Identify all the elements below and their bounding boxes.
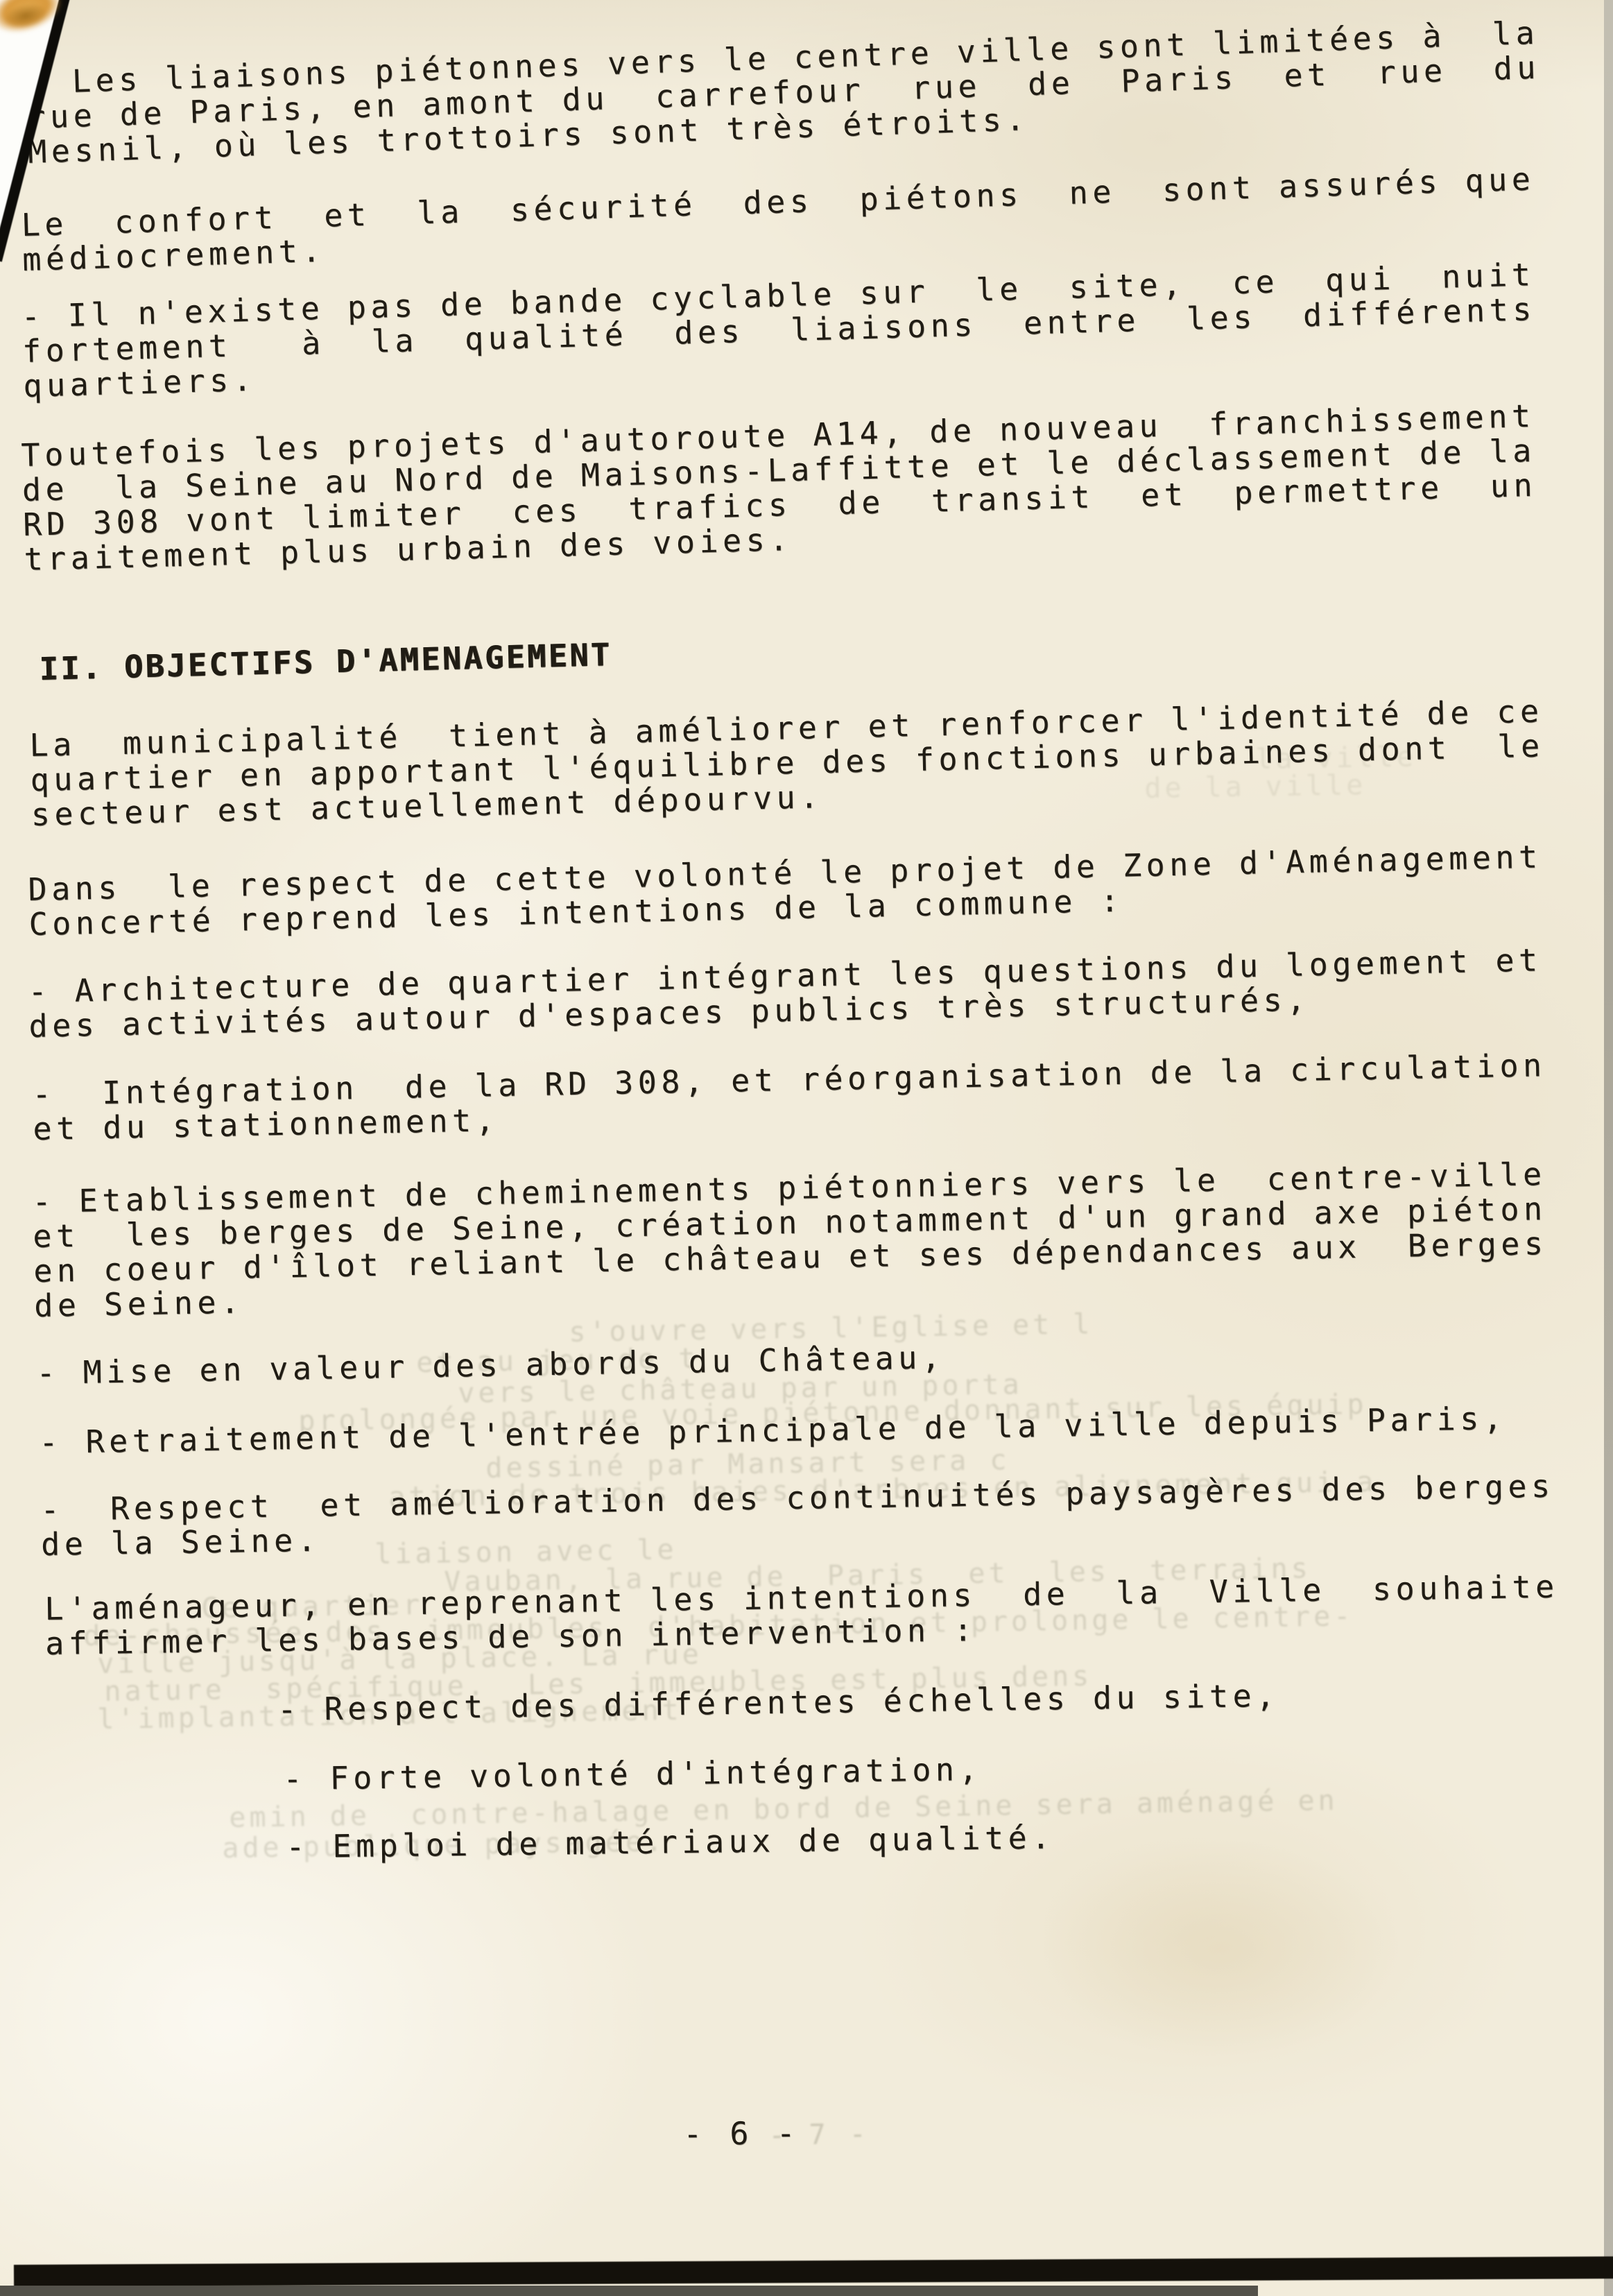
bullet-architecture-quartier: - Architecture de quartier intégrant les… [28, 943, 1543, 1044]
bullet-etablissement-cheminements: - Etablissement de cheminements piétonni… [32, 1157, 1549, 1323]
paragraph-municipalite: La municipalité tient à améliorer et ren… [29, 694, 1545, 832]
paragraph-bande-cyclable: - Il n'existe pas de bande cyclable sur … [21, 257, 1537, 404]
page-number: - 6 - [683, 2116, 800, 2152]
bullet-emploi-materiaux: - Emploi de matériaux de qualité. [286, 1820, 1055, 1865]
paper-stain [1040, 1838, 1401, 2060]
scan-edge-right [1604, 0, 1613, 2296]
bullet-forte-volonte: - Forte volonté d'intégration, [283, 1752, 982, 1797]
bullet-respect-continuites: - Respect et amélioration des continuité… [40, 1469, 1555, 1562]
scan-edge-bottom-grey [0, 2286, 1258, 2296]
paragraph-amenageur: L'aménageur, en reprenant les intentions… [44, 1570, 1560, 1661]
section-heading-objectifs: II. OBJECTIFS D'AMENAGEMENT [39, 637, 612, 687]
paragraph-projets-autoroute: Toutefois les projets d'autoroute A14, d… [21, 399, 1538, 577]
paragraph-confort-securite: Le confort et la sécurité des piétons ne… [21, 162, 1537, 277]
paragraph-dans-le-respect: Dans le respect de cette volonté le proj… [28, 839, 1543, 942]
scan-edge-bottom [14, 2256, 1613, 2287]
bullet-integration-rd308: - Intégration de la RD 308, et réorganis… [32, 1048, 1547, 1147]
paragraph-liaisons-pietonnes: - Les liaisons piétonnes vers le centre … [25, 16, 1542, 170]
scanned-document-page: s'ouvre vers l'Eglise et l et au jeu de … [0, 0, 1613, 2296]
